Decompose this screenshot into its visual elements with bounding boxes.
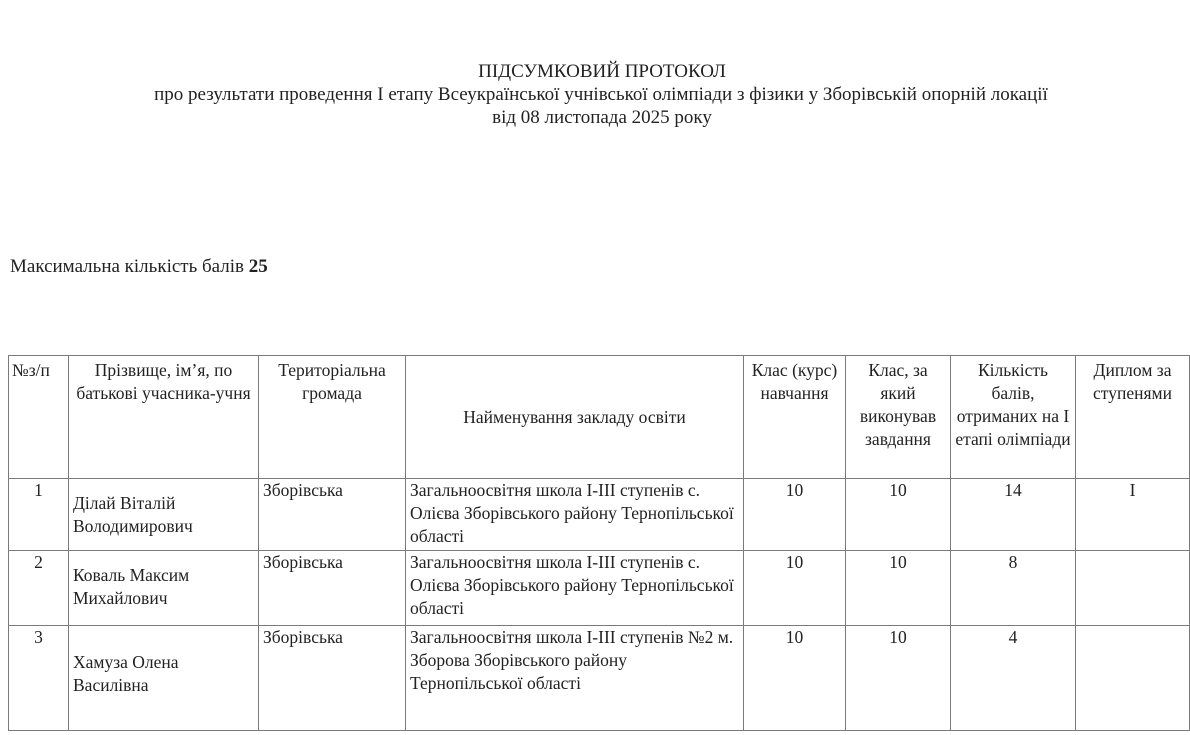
column-header-grade: Клас (курс) навчання (744, 356, 846, 479)
table-header-row: №з/п Прізвище, ім’я, по батькові учасник… (9, 356, 1190, 479)
column-header-number: №з/п (9, 356, 69, 479)
cell-score: 8 (951, 551, 1076, 626)
cell-grade: 10 (744, 479, 846, 551)
max-score-label: Максимальна кількість балів (10, 256, 244, 277)
cell-community: Зборівська (259, 626, 406, 731)
column-header-diploma: Диплом за ступенями (1076, 356, 1190, 479)
table-row: 2 Коваль Максим Михайлович Зборівська За… (9, 551, 1190, 626)
cell-school: Загальноосвітня школа І-ІІІ ступенів с. … (406, 551, 744, 626)
cell-name: Хамуза Олена Василівна (69, 626, 259, 731)
cell-community: Зборівська (259, 551, 406, 626)
participant-name: Ділай Віталій Володимирович (73, 479, 254, 538)
cell-task-grade: 10 (846, 551, 951, 626)
cell-diploma: І (1076, 479, 1190, 551)
cell-task-grade: 10 (846, 479, 951, 551)
cell-grade: 10 (744, 626, 846, 731)
document-subtitle: про результати проведення І етапу Всеукр… (12, 83, 1190, 106)
table-row: 1 Ділай Віталій Володимирович Зборівська… (9, 479, 1190, 551)
cell-name: Коваль Максим Михайлович (69, 551, 259, 626)
cell-diploma (1076, 551, 1190, 626)
cell-diploma (1076, 626, 1190, 731)
column-header-community: Територіальна громада (259, 356, 406, 479)
max-score-line: Максимальна кількість балів 25 (10, 256, 268, 278)
column-header-school: Найменування закладу освіти (406, 356, 744, 479)
column-header-task-grade: Клас, за який виконував завдання (846, 356, 951, 479)
column-header-name: Прізвище, ім’я, по батькові учасника-учн… (69, 356, 259, 479)
max-score-value: 25 (249, 256, 268, 277)
cell-school: Загальноосвітня школа І-ІІІ ступенів №2 … (406, 626, 744, 731)
document-date: від 08 листопада 2025 року (14, 106, 1190, 129)
cell-score: 4 (951, 626, 1076, 731)
results-table: №з/п Прізвище, ім’я, по батькові учасник… (8, 355, 1190, 731)
document-header: ПІДСУМКОВИЙ ПРОТОКОЛ про результати пров… (0, 60, 1190, 129)
document-title: ПІДСУМКОВИЙ ПРОТОКОЛ (14, 60, 1190, 83)
column-header-score: Кількість балів, отриманих на І етапі ол… (951, 356, 1076, 479)
cell-community: Зборівська (259, 479, 406, 551)
cell-number: 2 (9, 551, 69, 626)
table-row: 3 Хамуза Олена Василівна Зборівська Зага… (9, 626, 1190, 731)
cell-grade: 10 (744, 551, 846, 626)
cell-name: Ділай Віталій Володимирович (69, 479, 259, 551)
cell-score: 14 (951, 479, 1076, 551)
cell-number: 3 (9, 626, 69, 731)
participant-name: Хамуза Олена Василівна (73, 626, 254, 697)
participant-name: Коваль Максим Михайлович (73, 551, 254, 610)
cell-task-grade: 10 (846, 626, 951, 731)
cell-school: Загальноосвітня школа І-ІІІ ступенів с. … (406, 479, 744, 551)
cell-number: 1 (9, 479, 69, 551)
